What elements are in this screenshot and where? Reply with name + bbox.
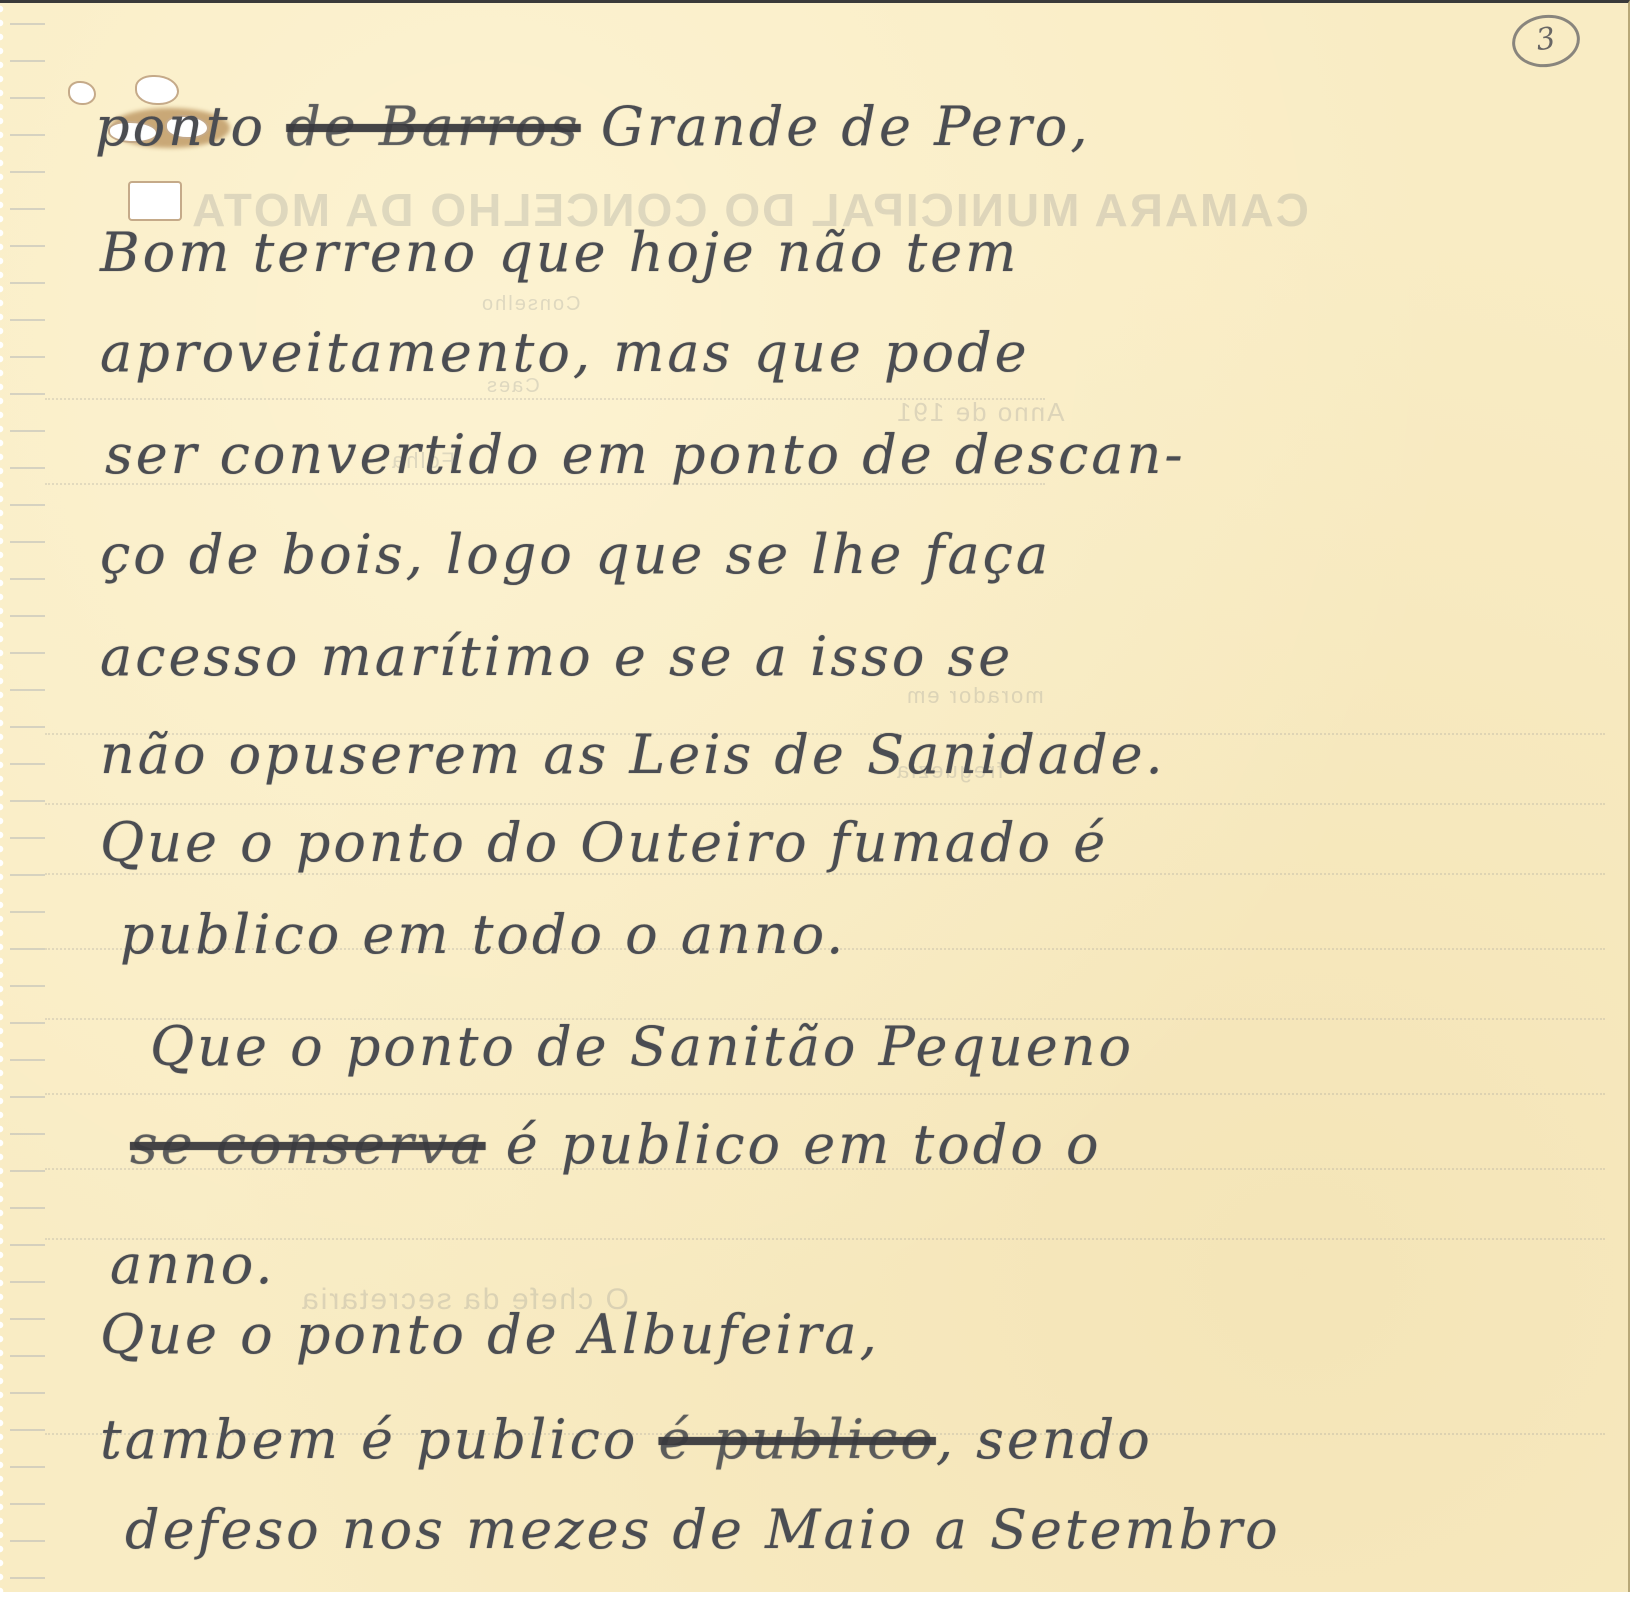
ruled-line <box>45 1238 1605 1240</box>
handwritten-line: Bom terreno que hoje não tem <box>100 221 1019 284</box>
handwritten-line: ponto de Barros Grande de Pero, <box>95 95 1090 158</box>
handwritten-line: ço de bois, logo que se lhe faça <box>100 523 1051 586</box>
perforated-edge <box>0 3 10 1595</box>
text-span: Que o ponto do Outeiro fumado é <box>100 811 1108 874</box>
text-span: acesso marítimo e se a isso se <box>100 625 1013 688</box>
text-span: defeso nos mezes de Maio a Setembro <box>125 1498 1281 1561</box>
handwritten-line: Que o ponto de Sanitão Pequeno <box>150 1015 1134 1078</box>
text-span: ponto <box>95 95 286 158</box>
struck-text: de Barros <box>286 95 580 158</box>
text-span: Grande de Pero, <box>581 95 1091 158</box>
page-number: 3 <box>1509 11 1584 72</box>
ruled-line <box>45 803 1605 805</box>
text-span: , sendo <box>936 1408 1153 1471</box>
paper-hole <box>68 81 96 105</box>
handwritten-line: aproveitamento, mas que pode <box>100 321 1030 384</box>
paper-hole <box>128 181 182 221</box>
handwritten-line: tambem é publico é publico, sendo <box>100 1408 1153 1471</box>
text-span: tambem é publico <box>100 1408 659 1471</box>
text-span: anno. <box>110 1233 275 1296</box>
text-span: Que o ponto de Albufeira, <box>100 1303 880 1366</box>
ruled-line <box>45 1093 1605 1095</box>
struck-text: é publico <box>659 1408 936 1471</box>
handwritten-line: não opuserem as Leis de Sanidade. <box>100 723 1166 786</box>
text-span: Que o ponto de Sanitão Pequeno <box>150 1015 1134 1078</box>
margin-ruling <box>10 23 45 1583</box>
handwritten-line: se conserva é publico em todo o <box>130 1113 1102 1176</box>
handwritten-line: publico em todo o anno. <box>120 903 846 966</box>
text-span: aproveitamento, mas que pode <box>100 321 1030 384</box>
text-span: é publico em todo o <box>486 1113 1102 1176</box>
handwritten-line: Que o ponto de Albufeira, <box>100 1303 880 1366</box>
text-span: Bom terreno que hoje não tem <box>100 221 1019 284</box>
manuscript-page: CAMARA MUNICIPAL DO CONCELHO DA MOTA Con… <box>0 0 1630 1592</box>
show-through-field: Conselho <box>480 293 581 316</box>
handwritten-line: defeso nos mezes de Maio a Setembro <box>125 1498 1281 1561</box>
handwritten-line: ser convertido em ponto de descan- <box>105 423 1186 486</box>
text-span: publico em todo o anno. <box>120 903 846 966</box>
ruled-line <box>45 398 1045 400</box>
text-span: ser convertido em ponto de descan- <box>105 423 1186 486</box>
text-span: ço de bois, logo que se lhe faça <box>100 523 1051 586</box>
text-span: não opuserem as Leis de Sanidade. <box>100 723 1166 786</box>
handwritten-line: acesso marítimo e se a isso se <box>100 625 1013 688</box>
struck-text: se conserva <box>130 1113 486 1176</box>
handwritten-line: Que o ponto do Outeiro fumado é <box>100 811 1108 874</box>
handwritten-line: anno. <box>110 1233 275 1296</box>
